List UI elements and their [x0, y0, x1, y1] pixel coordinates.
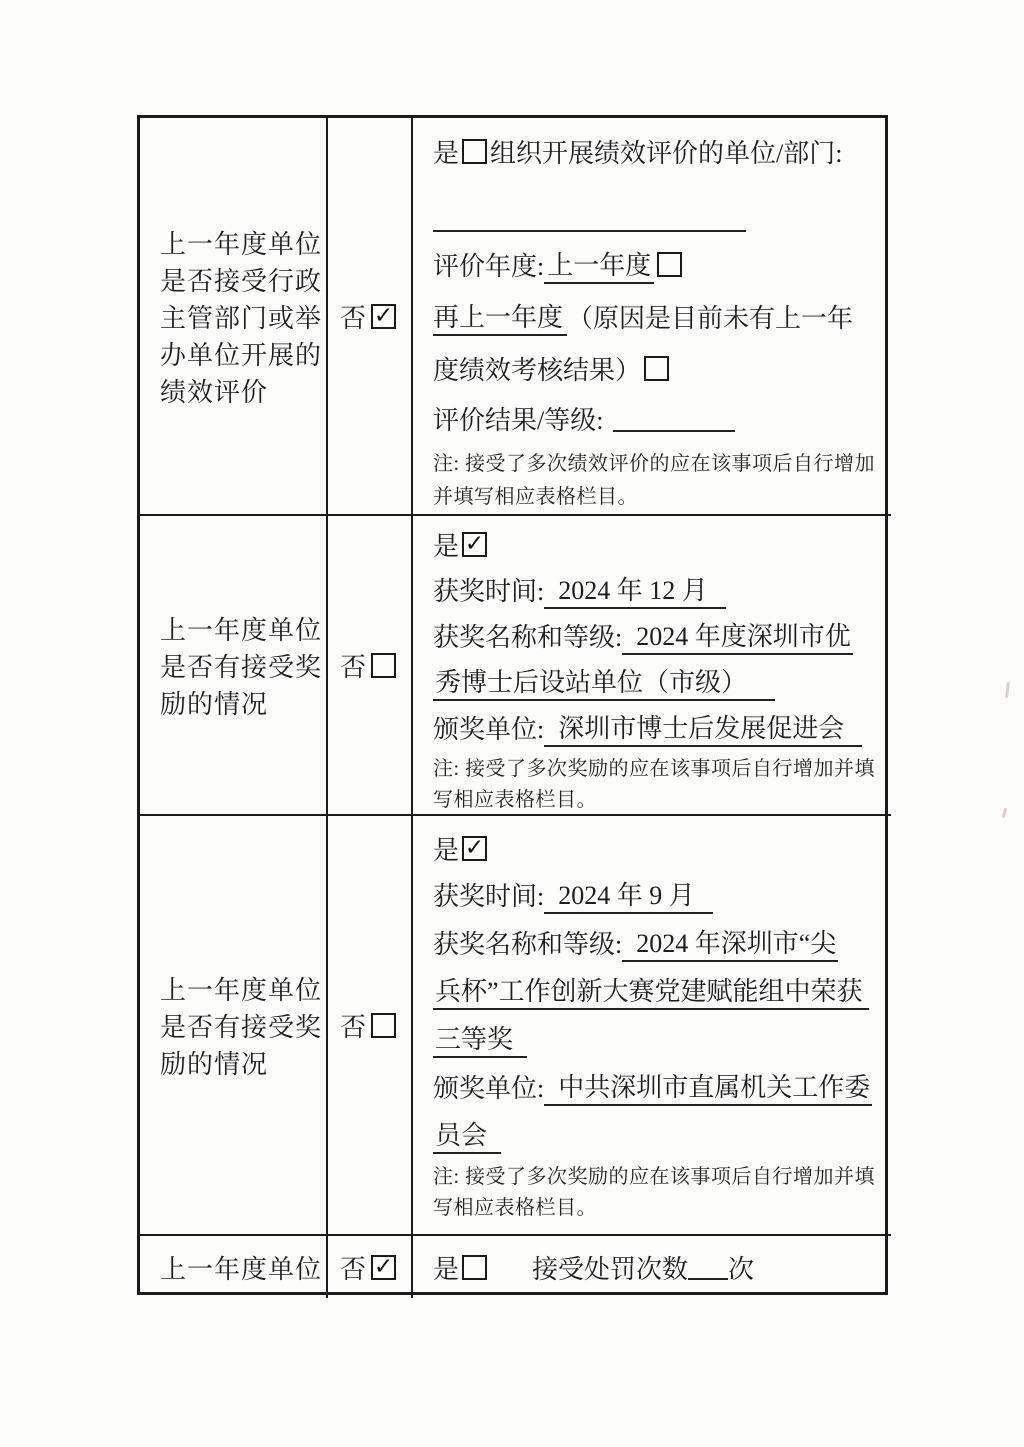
award-name-line3: 三等奖: [433, 1014, 881, 1062]
award-name-value: 2024 年度深圳市优: [622, 616, 853, 655]
eval-year-option1: 上一年度: [544, 245, 654, 284]
checkbox-checked-icon: ✓: [462, 836, 487, 861]
eval-result-label: 评价结果/等级:: [433, 400, 603, 437]
yes-label: 是: [433, 133, 459, 170]
award-name-line1: 获奖名称和等级: 2024 年深圳市“尖: [433, 918, 881, 966]
row-label-line: 是否有接受奖: [160, 647, 326, 684]
row-label-line: 上一年度单位: [160, 224, 326, 261]
row1-note: 注: 接受了多次绩效评价的应在该事项后自行增加 并填写相应表格栏目。: [433, 448, 881, 514]
row1-label-cell: 上一年度单位 是否接受行政 主管部门或举 办单位开展的 绩效评价: [140, 118, 328, 516]
row1-no-answer-cell: 否✓: [328, 118, 413, 516]
award-org-label: 颁奖单位:: [433, 1068, 544, 1105]
option2-reason-text: （原因是目前未有上一年: [567, 298, 853, 335]
award-name-value-end: 三等奖: [433, 1019, 527, 1058]
award-name-line1: 获奖名称和等级: 2024 年度深圳市优: [433, 612, 881, 658]
row-label-line: 励的情况: [160, 1044, 326, 1081]
checkbox-checked-icon: ✓: [371, 1255, 396, 1280]
award-time-label: 获奖时间:: [433, 876, 544, 913]
yes-label: 是: [433, 526, 459, 563]
award-org-value: 中共深圳市直属机关工作委: [544, 1067, 872, 1106]
award-name-label: 获奖名称和等级:: [433, 924, 622, 961]
checkbox-empty-icon: [462, 1255, 487, 1280]
yes-option-line: 是组织开展绩效评价的单位/部门:: [433, 126, 881, 176]
penalty-count-underline: [688, 1254, 728, 1280]
no-label: 否: [340, 1007, 366, 1044]
row3-note: 注: 接受了多次奖励的应在该事项后自行增加并填 写相应表格栏目。: [433, 1162, 881, 1224]
award-name-value: 2024 年深圳市“尖: [622, 923, 838, 962]
award-time-value: 2024 年 12 月: [544, 570, 726, 609]
row-label-line: 上一年度单位: [160, 970, 326, 1007]
yes-option-line: 是✓: [433, 522, 881, 566]
award-org-value-cont: 员会: [433, 1115, 501, 1154]
row-label-line: 绩效评价: [160, 372, 326, 409]
row-label-line: 是否接受行政: [160, 261, 326, 298]
checkbox-empty-icon: [644, 356, 669, 381]
evaluation-award-table: 上一年度单位 是否接受行政 主管部门或举 办单位开展的 绩效评价 否✓ 是组织开…: [137, 115, 888, 1295]
award-name-label: 获奖名称和等级:: [433, 617, 622, 654]
award-org-label: 颁奖单位:: [433, 709, 544, 746]
award-time-value: 2024 年 9 月: [544, 875, 713, 914]
award-time-label: 获奖时间:: [433, 571, 544, 608]
org-prompt-text: 组织开展绩效评价的单位/部门:: [490, 133, 842, 170]
award-name-value-cont: 秀博士后设站单位（市级）: [433, 662, 775, 701]
note-line: 写相应表格栏目。: [433, 785, 881, 816]
checkbox-checked-icon: ✓: [371, 304, 396, 329]
row-label-line: 励的情况: [160, 684, 326, 721]
penalty-unit-label: 次: [728, 1249, 754, 1286]
scan-artifact: [1005, 682, 1010, 698]
scanned-form-page: 上一年度单位 是否接受行政 主管部门或举 办单位开展的 绩效评价 否✓ 是组织开…: [0, 0, 1024, 1447]
eval-year-line: 评价年度: 上一年度: [433, 238, 881, 290]
award-org-value: 深圳市博士后发展促进会: [544, 708, 862, 747]
row-label-line: 是否有接受奖: [160, 1007, 326, 1044]
eval-year-label: 评价年度:: [433, 246, 544, 283]
row-label-line: 上一年度单位: [160, 610, 326, 647]
blank-fill-line: [433, 176, 881, 238]
row3-detail-cell: 是✓ 获奖时间: 2024 年 9 月 获奖名称和等级: 2024 年深圳市“尖…: [413, 816, 891, 1236]
eval-year-option2-line2: 度绩效考核结果）: [433, 342, 881, 394]
award-time-line: 获奖时间: 2024 年 9 月: [433, 870, 881, 918]
penalty-count-label: 接受处罚次数: [532, 1249, 688, 1286]
no-label: 否: [340, 1249, 366, 1286]
no-label: 否: [340, 647, 366, 684]
row3-label-cell: 上一年度单位 是否有接受奖 励的情况: [140, 816, 328, 1236]
eval-result-line: 评价结果/等级:: [433, 394, 881, 442]
award-org-line: 颁奖单位: 深圳市博士后发展促进会: [433, 704, 881, 750]
option2-reason-text2: 度绩效考核结果）: [433, 350, 641, 387]
result-underline: [613, 404, 735, 432]
row2-no-answer-cell: 否: [328, 516, 413, 816]
checkbox-empty-icon: [657, 252, 682, 277]
award-time-line: 获奖时间: 2024 年 12 月: [433, 566, 881, 612]
row2-note: 注: 接受了多次奖励的应在该事项后自行增加并填 写相应表格栏目。: [433, 754, 881, 816]
award-name-line2: 兵杯”工作创新大赛党建赋能组中荣获: [433, 966, 881, 1014]
row4-label-cell: 上一年度单位: [140, 1236, 328, 1298]
yes-option-line: 是✓: [433, 826, 881, 870]
eval-year-option2-line: 再上一年度（原因是目前未有上一年: [433, 290, 881, 342]
row2-detail-cell: 是✓ 获奖时间: 2024 年 12 月 获奖名称和等级: 2024 年度深圳市…: [413, 516, 891, 816]
checkbox-checked-icon: ✓: [462, 532, 487, 557]
note-line: 并填写相应表格栏目。: [433, 481, 881, 514]
checkbox-empty-icon: [371, 653, 396, 678]
award-org-line2: 员会: [433, 1110, 881, 1158]
yes-label: 是: [433, 830, 459, 867]
row-label-line: 上一年度单位: [160, 1249, 326, 1286]
note-line: 注: 接受了多次奖励的应在该事项后自行增加并填: [433, 754, 881, 785]
blank-underline: [433, 230, 746, 232]
row-label-line: 主管部门或举: [160, 298, 326, 335]
row4-detail-cell: 是接受处罚次数次: [413, 1236, 891, 1298]
award-org-line1: 颁奖单位: 中共深圳市直属机关工作委: [433, 1062, 881, 1110]
scan-artifact: [1002, 808, 1007, 818]
row1-detail-cell: 是组织开展绩效评价的单位/部门: 评价年度: 上一年度 再上一年度（原因是目前未…: [413, 118, 891, 516]
award-name-line2: 秀博士后设站单位（市级）: [433, 658, 881, 704]
note-line: 注: 接受了多次绩效评价的应在该事项后自行增加: [433, 448, 881, 481]
row2-label-cell: 上一年度单位 是否有接受奖 励的情况: [140, 516, 328, 816]
note-line: 注: 接受了多次奖励的应在该事项后自行增加并填: [433, 1162, 881, 1193]
checkbox-empty-icon: [371, 1013, 396, 1038]
award-name-value-cont: 兵杯”工作创新大赛党建赋能组中荣获: [433, 971, 869, 1010]
no-label: 否: [340, 298, 366, 335]
note-line: 写相应表格栏目。: [433, 1193, 881, 1224]
row-label-line: 办单位开展的: [160, 335, 326, 372]
yes-label: 是: [433, 1249, 459, 1286]
row3-no-answer-cell: 否: [328, 816, 413, 1236]
checkbox-empty-icon: [462, 139, 487, 164]
eval-year-option2: 再上一年度: [433, 297, 567, 336]
row4-no-answer-cell: 否✓: [328, 1236, 413, 1298]
